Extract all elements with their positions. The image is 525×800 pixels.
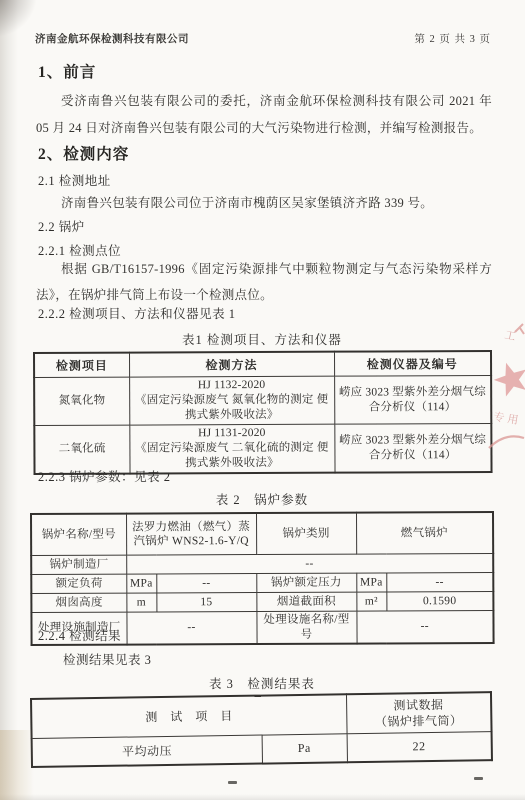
cell-value: -- [156, 574, 256, 593]
heading-params: 2.2.3 锅炉参数：见表 2 [38, 467, 171, 485]
cell-label: 锅炉类别 [256, 513, 356, 555]
page-number: 第 2 页 共 3 页 [414, 31, 491, 46]
cell-value: 22 [347, 732, 492, 763]
cell-label: 额定负荷 [31, 574, 126, 593]
address-paragraph: 济南鲁兴包装有限公司位于济南市槐荫区吴家堡镇济齐路 339 号。 [36, 190, 492, 216]
table1-caption: 表1 检测项目、方法和仪器 [33, 330, 491, 348]
table-methods-instruments: 检测项目 检测方法 检测仪器及编号 氮氧化物 HJ 1132-2020 《固定污… [33, 350, 493, 475]
cell-value: -- [126, 553, 493, 574]
cell-unit: m² [356, 592, 386, 611]
method-standard: HJ 1132-2020 [133, 378, 331, 394]
cell-value: -- [386, 572, 493, 591]
cell-value: -- [356, 610, 493, 643]
table3-col-item: 测 试 项 目 [31, 694, 347, 738]
table1-wrap: 检测项目 检测方法 检测仪器及编号 氮氧化物 HJ 1132-2020 《固定污… [33, 350, 493, 475]
seal-graphic: 工 专用 [487, 322, 525, 452]
page-header: 济南金航环保检测科技有限公司 第 2 页 共 3 页 [35, 31, 491, 46]
preface-paragraph: 受济南鲁兴包装有限公司的委托，济南金航环保检测科技有限公司 2021 年 05 … [36, 88, 492, 142]
data-header-line2: （锅炉排气筒） [349, 712, 489, 730]
heading-boiler: 2.2 锅炉 [38, 217, 85, 235]
table3-header-row: 测 试 项 目 测试数据 （锅炉排气筒） [31, 692, 492, 738]
cell-unit: MPa [356, 573, 386, 592]
cell-label: 处理设施名称/型号 [256, 611, 356, 644]
cell-method: HJ 1132-2020 《固定污染源废气 氮氧化物的测定 便携式紫外吸收法》 [129, 376, 334, 425]
section-preface-title: 1、前言 [38, 60, 96, 82]
cell-label: 烟道截面积 [256, 592, 356, 611]
seal-bottom-text: 专用 [493, 409, 523, 427]
table3-wrap: 测 试 项 目 测试数据 （锅炉排气筒） 平均动压 Pa 22 [30, 691, 493, 768]
table1-col-instrument: 检测仪器及编号 [334, 351, 491, 376]
table-row: 额定负荷 MPa -- 锅炉额定压力 MPa -- [31, 572, 493, 593]
heading-results: 2.2.4 检测结果 [38, 626, 121, 644]
table-row: 平均动压 Pa 22 [32, 732, 492, 767]
heading-address: 2.1 检测地址 [38, 171, 111, 189]
cell-item: 平均动压 [32, 735, 262, 767]
cell-label: 烟囱高度 [31, 593, 126, 612]
cell-instrument: 崂应 3023 型紫外差分烟气综合分析仪（114） [334, 424, 491, 473]
cell-unit: MPa [126, 574, 156, 593]
cell-value: 燃气锅炉 [356, 512, 493, 554]
points-paragraph: 根据 GB/T16157-1996《固定污染源排气中颗粒物测定与气态污染物采样方… [36, 256, 492, 308]
red-seal-fragment: 工 专用 [487, 322, 525, 452]
cell-unit: Pa [262, 734, 347, 764]
heading-items: 2.2.2 检测项目、方法和仪器见表 1 [38, 304, 236, 322]
table3-caption: 表 3 检测结果表 [33, 674, 491, 692]
cell-label: 锅炉制造厂 [31, 555, 126, 574]
table-results: 测 试 项 目 测试数据 （锅炉排气筒） 平均动压 Pa 22 [30, 691, 493, 768]
cell-value: -- [126, 612, 256, 645]
table1-col-item: 检测项目 [34, 353, 129, 378]
scan-corner-smudge [0, 730, 34, 800]
table2-caption: 表 2 锅炉参数 [33, 490, 491, 508]
seal-top-fragment: 工 [503, 328, 516, 343]
method-description: 《固定污染源废气 氮氧化物的测定 便携式紫外吸收法》 [133, 393, 331, 424]
table3-col-data: 测试数据 （锅炉排气筒） [346, 692, 492, 734]
table1-col-method: 检测方法 [129, 352, 334, 377]
table-row: 锅炉制造厂 -- [31, 553, 493, 574]
company-name: 济南金航环保检测科技有限公司 [35, 31, 189, 46]
cell-instrument: 崂应 3023 型紫外差分烟气综合分析仪（114） [334, 376, 491, 425]
cell-value: 法罗力燃油（燃气）蒸汽锅炉 WNS2-1.6-Y/Q [126, 513, 256, 555]
method-standard: HJ 1131-2020 [133, 426, 331, 442]
cell-value: 15 [156, 593, 256, 612]
table-row: 锅炉名称/型号 法罗力燃油（燃气）蒸汽锅炉 WNS2-1.6-Y/Q 锅炉类别 … [31, 512, 493, 556]
scan-mark [474, 777, 483, 780]
cell-value: 0.1590 [386, 591, 493, 610]
cell-label: 锅炉额定压力 [256, 573, 356, 592]
cell-item: 氮氧化物 [34, 377, 129, 425]
table1-header-row: 检测项目 检测方法 检测仪器及编号 [34, 351, 491, 377]
table-row: 烟囱高度 m 15 烟道截面积 m² 0.1590 [31, 591, 493, 612]
scan-mark [228, 781, 237, 784]
cell-unit: m [126, 593, 156, 612]
results-note: 检测结果见表 3 [38, 650, 151, 668]
table-row: 氮氧化物 HJ 1132-2020 《固定污染源废气 氮氧化物的测定 便携式紫外… [34, 376, 491, 426]
section-content-title: 2、检测内容 [38, 142, 129, 164]
seal-star [490, 358, 525, 399]
cell-label: 锅炉名称/型号 [31, 514, 126, 556]
